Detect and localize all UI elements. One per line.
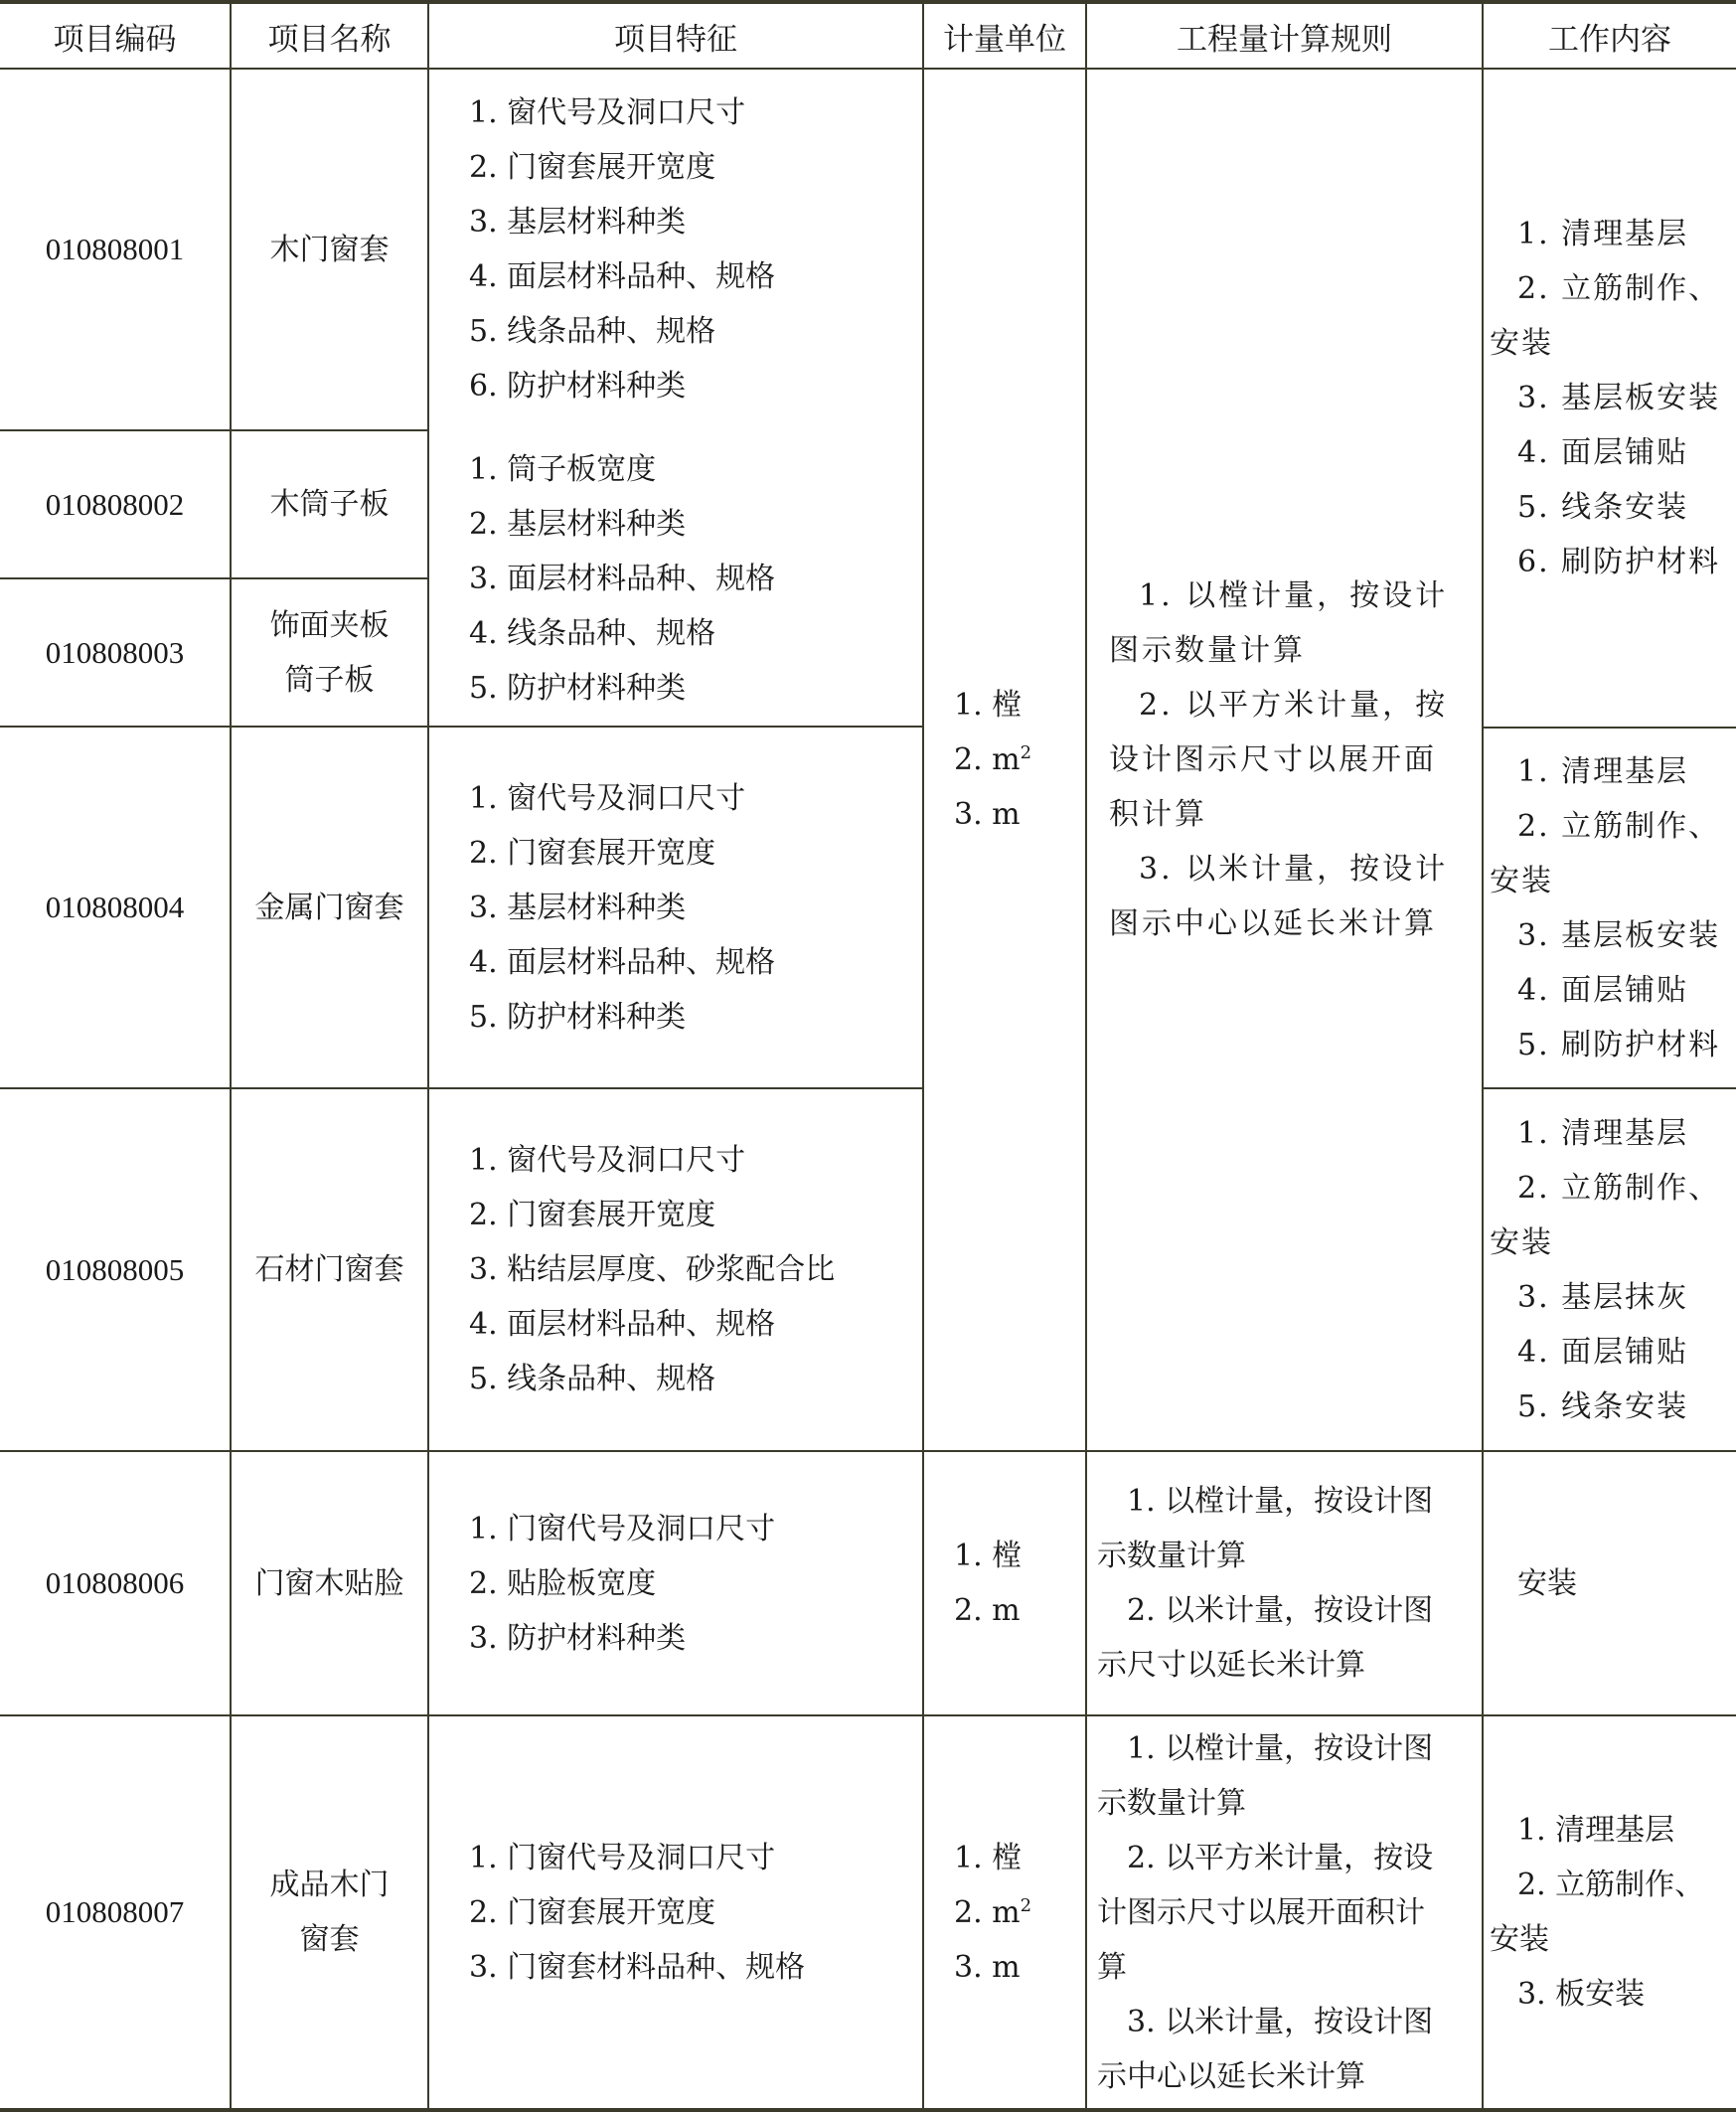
feature-line: 5. 防护材料种类 [469,990,775,1045]
feature-line: 4. 面层材料品种、规格 [469,249,775,304]
name-line: 石材门窗套 [255,1242,404,1297]
work-line: 2. 立筋制作、 [1490,1858,1736,1912]
feature-line: 5. 线条品种、规格 [469,1352,835,1406]
feature-line: 5. 线条品种、规格 [469,304,775,359]
name-line: 木筒子板 [270,477,390,532]
item-code: 010808005 [0,1089,230,1450]
name-line: 门窗木贴脸 [255,1556,404,1611]
rule-line: 3. 以米计量，按设计图 [1097,1995,1482,2049]
rule-line: 示尺寸以延长米计算 [1097,1638,1482,1693]
unit-superscript: 2 [1021,1895,1031,1916]
work-line: 安装 [1490,1912,1736,1967]
table-bottom-rule [0,2108,1736,2112]
item-code: 010808006 [0,1452,230,1714]
unit-superscript: 2 [1021,742,1031,763]
rule-line: 积计算 [1109,787,1472,842]
feature-line: 1. 筒子板宽度 [469,442,775,497]
rule-line: 设计图示尺寸以展开面 [1109,732,1472,787]
feature-line: 1. 窗代号及洞口尺寸 [469,771,775,826]
work-line: 5. 线条安装 [1490,1380,1736,1434]
item-name: 门窗木贴脸 [232,1452,427,1714]
work-line: 安装 [1490,854,1736,908]
item-code: 010808003 [0,579,230,726]
item-features: 1. 窗代号及洞口尺寸 2. 门窗套展开宽度 3. 基层材料种类 4. 面层材料… [429,70,922,429]
rule-line: 图示数量计算 [1109,623,1472,678]
rule-line: 3. 以米计量，按设计 [1109,842,1472,896]
feature-line: 3. 基层材料种类 [469,195,775,249]
rule-line: 计图示尺寸以展开面积计 [1097,1885,1482,1940]
rule-line: 图示中心以延长米计算 [1109,896,1472,951]
feature-line: 1. 门窗代号及洞口尺寸 [469,1831,805,1885]
item-features: 1. 门窗代号及洞口尺寸 2. 贴脸板宽度 3. 防护材料种类 [429,1452,922,1714]
header-label: 工作内容 [1548,14,1671,59]
item-name: 饰面夹板筒子板 [232,579,427,726]
unit-line: 2. m [954,1895,1021,1930]
item-code: 010808007 [0,1716,230,2108]
code-text: 010808007 [46,1894,185,1930]
name-line: 窗套 [270,1912,390,1967]
name-line: 筒子板 [270,653,390,708]
header-code: 项目编码 [0,4,230,68]
feature-line: 2. 基层材料种类 [469,497,775,552]
item-units: 1. 樘 2. m2 3. m [924,70,1085,1450]
item-work: 安装 [1484,1452,1736,1714]
item-rules: 1. 以樘计量，按设计图 示数量计算 2. 以米计量，按设计图 示尺寸以延长米计… [1087,1452,1482,1714]
unit-line: 2. m [954,1583,1022,1638]
unit-line: 3. m [954,1940,1031,1995]
item-rules: 1. 以樘计量，按设计 图示数量计算 2. 以平方米计量，按 设计图示尺寸以展开… [1087,70,1482,1450]
item-name: 成品木门窗套 [232,1716,427,2108]
feature-line: 5. 防护材料种类 [469,661,775,716]
work-line: 3. 基层板安装 [1490,371,1736,425]
header-label: 项目特征 [614,14,737,59]
rule-line: 1. 以樘计量，按设计 [1109,569,1472,623]
rule-line: 示数量计算 [1097,1776,1482,1831]
feature-line: 4. 面层材料品种、规格 [469,1297,835,1352]
feature-line: 3. 防护材料种类 [469,1611,775,1666]
work-line: 2. 立筋制作、 [1490,261,1736,316]
header-work: 工作内容 [1484,4,1736,68]
name-line: 饰面夹板 [270,598,390,653]
feature-line: 6. 防护材料种类 [469,359,775,413]
work-line: 3. 板安装 [1490,1967,1736,2022]
work-line: 4. 面层铺贴 [1490,1325,1736,1380]
code-text: 010808002 [46,487,185,523]
work-line: 1. 清理基层 [1490,1106,1736,1161]
name-line: 木门窗套 [270,223,390,277]
item-features: 1. 窗代号及洞口尺寸 2. 门窗套展开宽度 3. 粘结层厚度、砂浆配合比 4.… [429,1089,922,1450]
work-line: 2. 立筋制作、 [1490,1161,1736,1216]
unit-line: 2. m [954,742,1021,777]
header-label: 计量单位 [943,14,1066,59]
item-features: 1. 窗代号及洞口尺寸 2. 门窗套展开宽度 3. 基层材料种类 4. 面层材料… [429,728,922,1087]
code-text: 010808003 [46,635,185,671]
feature-line: 2. 门窗套展开宽度 [469,140,775,195]
header-label: 项目名称 [268,14,392,59]
work-line: 1. 清理基层 [1490,1803,1736,1858]
header-rules: 工程量计算规则 [1087,4,1482,68]
rule-line: 示数量计算 [1097,1529,1482,1583]
rule-line: 2. 以平方米计量，按 [1109,678,1472,732]
item-code: 010808004 [0,728,230,1087]
item-work: 1. 清理基层 2. 立筋制作、 安装 3. 基层板安装 4. 面层铺贴 5. … [1484,729,1736,1087]
feature-line: 1. 窗代号及洞口尺寸 [469,1133,835,1188]
name-line: 金属门窗套 [255,881,404,935]
feature-line: 3. 面层材料品种、规格 [469,552,775,606]
feature-line: 2. 门窗套展开宽度 [469,1188,835,1242]
header-label: 工程量计算规则 [1177,14,1392,59]
feature-line: 3. 粘结层厚度、砂浆配合比 [469,1242,835,1297]
code-text: 010808004 [46,890,185,925]
rule-line: 示中心以延长米计算 [1097,2049,1482,2104]
header-features: 项目特征 [429,4,922,68]
item-work: 1. 清理基层 2. 立筋制作、 安装 3. 基层抹灰 4. 面层铺贴 5. 线… [1484,1089,1736,1450]
rule-line: 1. 以樘计量，按设计图 [1097,1474,1482,1529]
item-rules: 1. 以樘计量，按设计图 示数量计算 2. 以平方米计量，按设 计图示尺寸以展开… [1087,1716,1482,2108]
item-units: 1. 樘 2. m [924,1452,1085,1714]
item-name: 金属门窗套 [232,728,427,1087]
rule-line: 2. 以平方米计量，按设 [1097,1831,1482,1885]
work-line: 4. 面层铺贴 [1490,425,1736,480]
feature-line: 3. 基层材料种类 [469,881,775,935]
code-text: 010808006 [46,1565,185,1601]
rule-line: 算 [1097,1940,1482,1995]
feature-line: 2. 贴脸板宽度 [469,1556,775,1611]
item-features: 1. 筒子板宽度 2. 基层材料种类 3. 面层材料品种、规格 4. 线条品种、… [429,431,922,726]
work-line: 安装 [1490,316,1736,371]
name-line: 成品木门 [270,1858,390,1912]
item-code: 010808002 [0,431,230,577]
feature-line: 1. 门窗代号及洞口尺寸 [469,1502,775,1556]
item-units: 1. 樘 2. m2 3. m [924,1716,1085,2108]
feature-line: 3. 门窗套材料品种、规格 [469,1940,805,1995]
header-name: 项目名称 [232,4,427,68]
work-line: 5. 线条安装 [1490,480,1736,535]
work-line: 5. 刷防护材料 [1490,1018,1736,1072]
rule-line: 2. 以米计量，按设计图 [1097,1583,1482,1638]
unit-line: 1. 樘 [954,678,1031,732]
item-name: 木门窗套 [232,70,427,429]
work-line: 2. 立筋制作、 [1490,799,1736,854]
header-unit: 计量单位 [924,4,1085,68]
rule-line: 1. 以樘计量，按设计图 [1097,1721,1482,1776]
bill-of-quantities-table: 项目编码 项目名称 项目特征 计量单位 工程量计算规则 工作内容 0108080… [0,0,1736,2113]
header-label: 项目编码 [54,14,177,59]
item-name: 石材门窗套 [232,1089,427,1450]
work-line: 1. 清理基层 [1490,744,1736,799]
feature-line: 4. 线条品种、规格 [469,606,775,661]
code-text: 010808005 [46,1252,185,1288]
item-work: 1. 清理基层 2. 立筋制作、 安装 3. 基层板安装 4. 面层铺贴 5. … [1484,70,1736,727]
item-features: 1. 门窗代号及洞口尺寸 2. 门窗套展开宽度 3. 门窗套材料品种、规格 [429,1716,922,2108]
unit-line: 3. m [954,787,1031,842]
code-text: 010808001 [46,232,185,267]
feature-line: 2. 门窗套展开宽度 [469,826,775,881]
item-code: 010808001 [0,70,230,429]
item-name: 木筒子板 [232,431,427,577]
work-line: 6. 刷防护材料 [1490,535,1736,589]
work-line: 1. 清理基层 [1490,207,1736,261]
unit-line: 1. 樘 [954,1529,1022,1583]
unit-line: 1. 樘 [954,1831,1031,1885]
work-line: 4. 面层铺贴 [1490,963,1736,1018]
feature-line: 4. 面层材料品种、规格 [469,935,775,990]
feature-line: 2. 门窗套展开宽度 [469,1885,805,1940]
feature-line: 1. 窗代号及洞口尺寸 [469,85,775,140]
work-line: 安装 [1517,1556,1736,1611]
work-line: 安装 [1490,1216,1736,1270]
item-work: 1. 清理基层 2. 立筋制作、 安装 3. 板安装 [1484,1716,1736,2108]
work-line: 3. 基层板安装 [1490,908,1736,963]
work-line: 3. 基层抹灰 [1490,1270,1736,1325]
